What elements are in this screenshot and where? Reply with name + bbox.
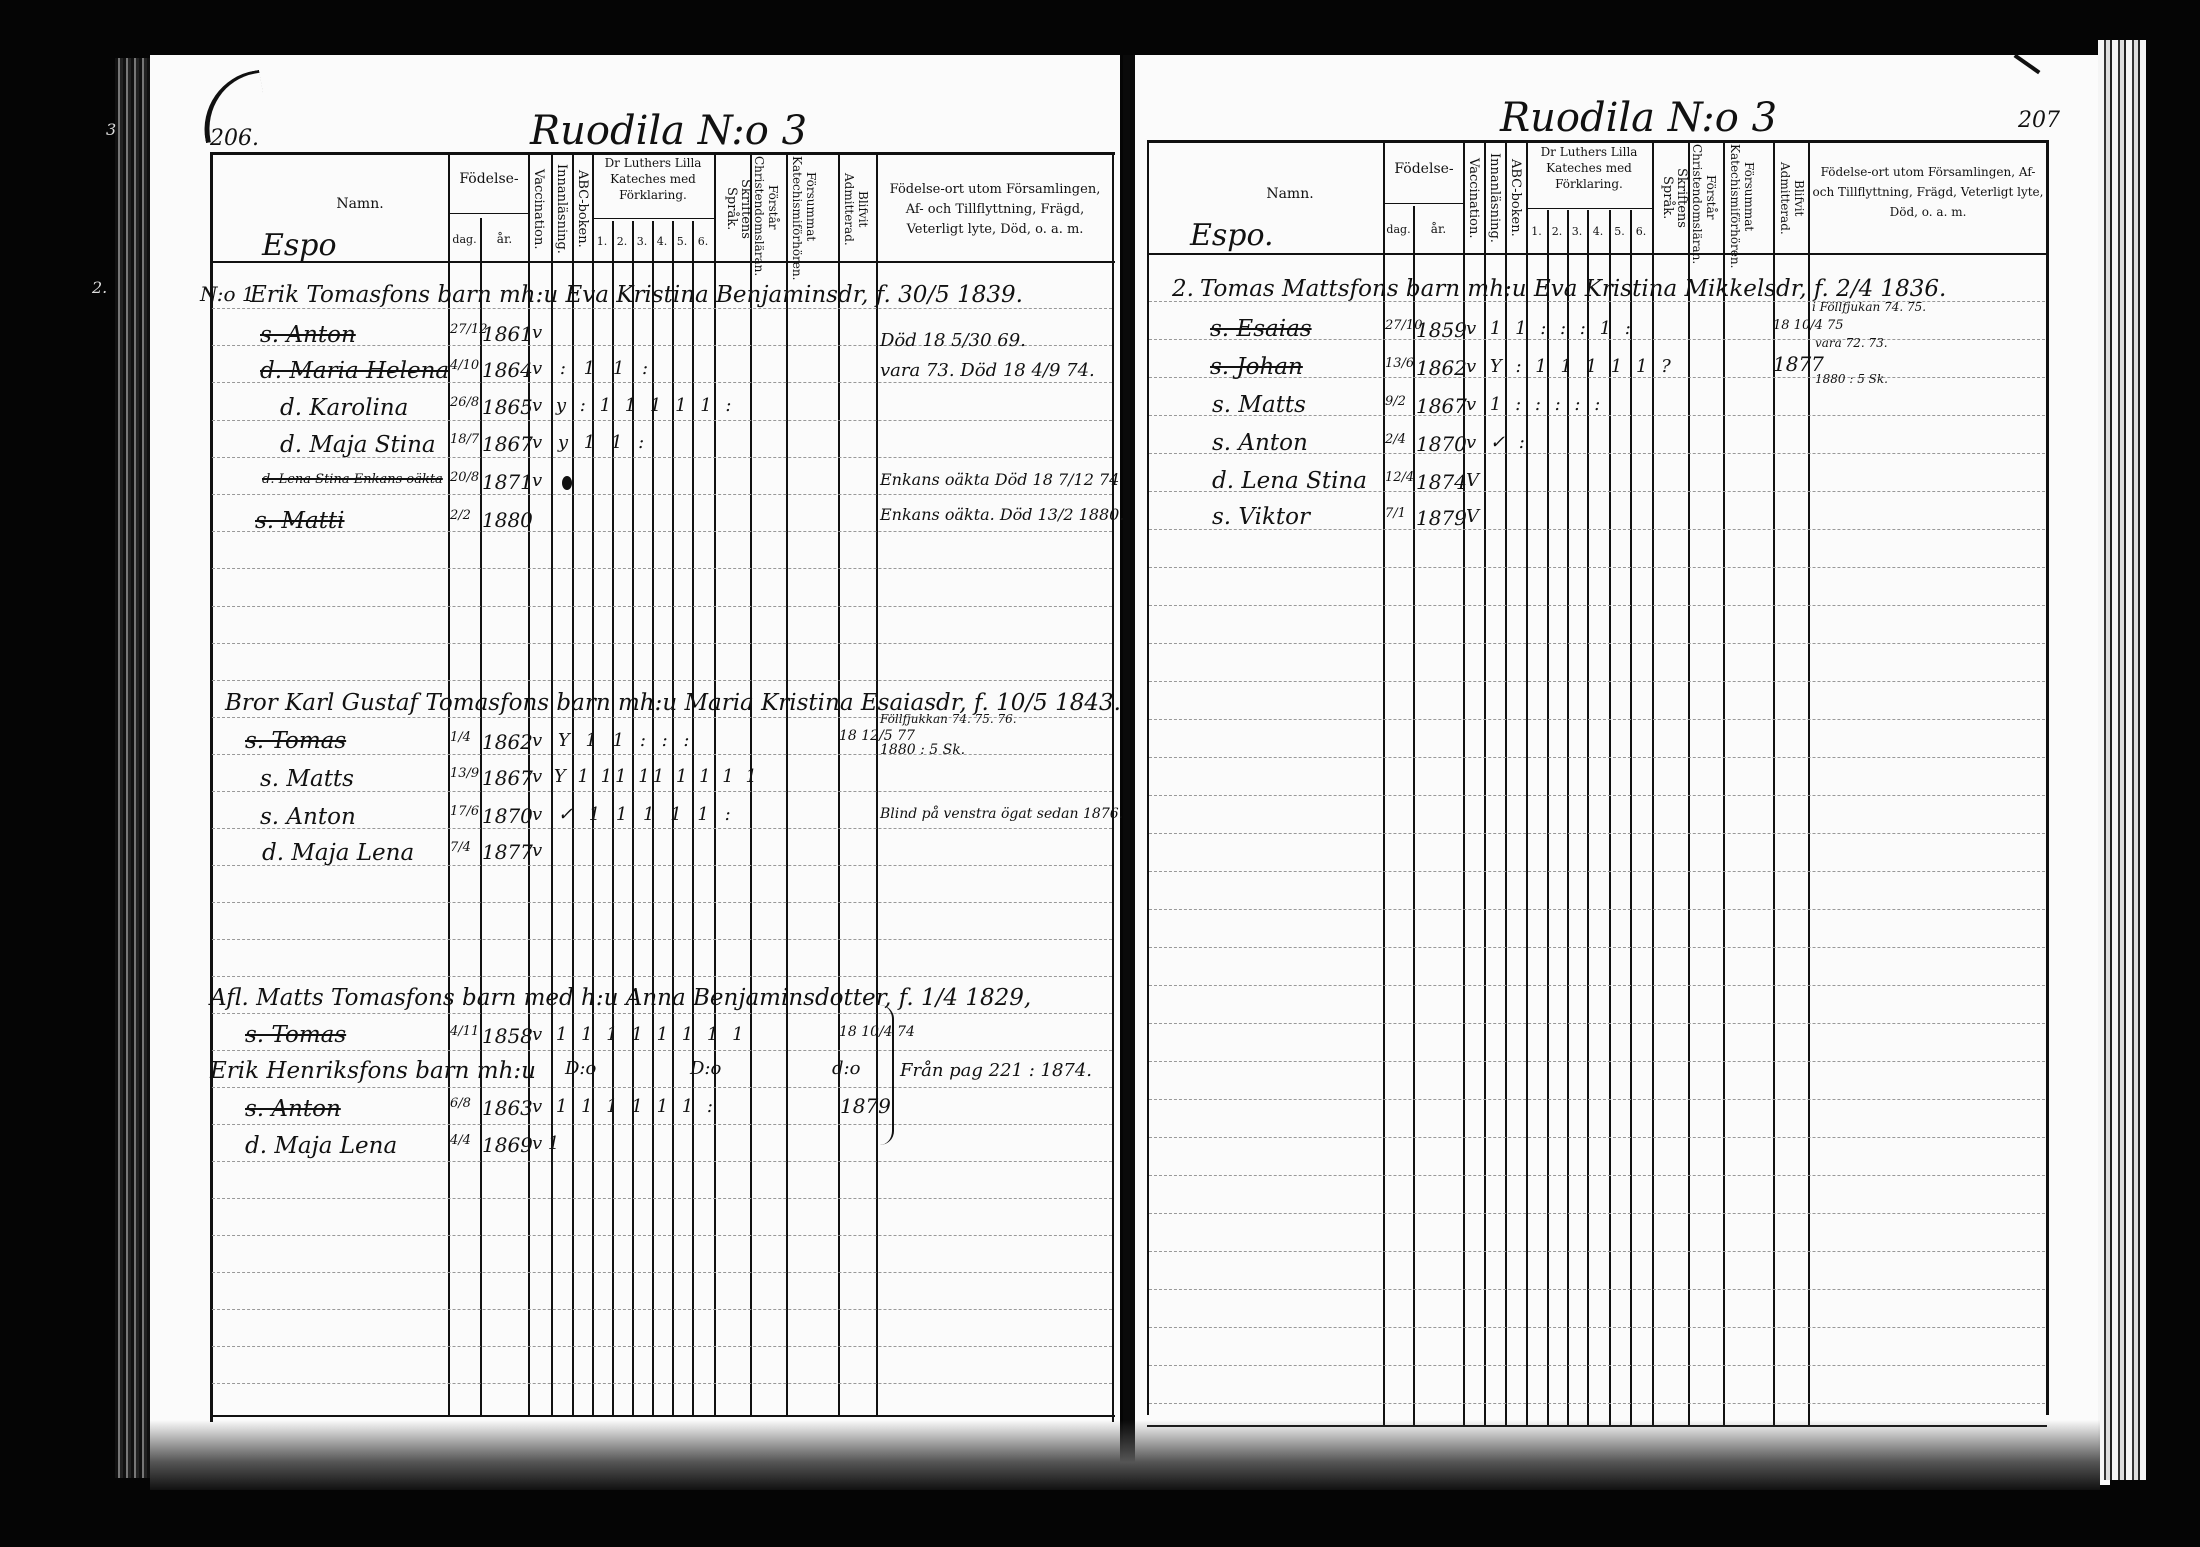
ruled-line: [212, 1346, 1112, 1347]
member-note: vara 72. 73.: [1815, 336, 1888, 350]
member-ar: 1862: [482, 730, 533, 754]
katekes-columns: 1. 2. 3. 4. 5. 6.: [1526, 222, 1652, 241]
member-dag: 13/6: [1385, 356, 1414, 371]
ruled-line: [1149, 947, 2045, 948]
member-name: s. Matts: [260, 766, 354, 792]
member-dag: 4/10: [450, 358, 479, 373]
member-marks: v 1 1 : : : 1 :: [1466, 318, 1635, 339]
page-bottom-shadow: [150, 1420, 2100, 1490]
member-ar: 1862: [1416, 356, 1467, 380]
member-ar: 1880: [482, 508, 533, 532]
header-dag: dag.: [1384, 220, 1413, 239]
family-head: Tomas Mattsfons barn mh:u Eva Kristina M…: [1200, 276, 1946, 302]
header-bottom-rule: [210, 261, 1115, 263]
member-note: vara 73. Död 18 4/9 74.: [880, 360, 1095, 381]
ruled-line: [212, 680, 1112, 681]
member-note: Död 18 5/30 69.: [880, 330, 1026, 351]
katekes-col-2: 2.: [1547, 222, 1567, 241]
ruled-line: [212, 1013, 1112, 1014]
member-name: s. Viktor: [1212, 504, 1310, 530]
member-marks: v 1: [532, 1133, 559, 1154]
ruled-line: [212, 1198, 1112, 1199]
header-namn: Namn.: [1230, 185, 1350, 204]
member-marks: v: [532, 840, 542, 861]
col-divider: [786, 152, 788, 1417]
left-border: [1147, 140, 1149, 1415]
header-namn: Namn.: [300, 195, 420, 214]
member-name: d. Maja Lena: [245, 1133, 397, 1159]
ruled-line: [1149, 795, 2045, 796]
member-name: d. Maja Stina: [280, 432, 436, 458]
member-dag: 7/1: [1385, 506, 1406, 521]
member-admitted: 18 10/4 75: [1773, 318, 1844, 333]
katekes-col-4: 4.: [1587, 222, 1609, 241]
member-ar: 1870: [1416, 432, 1467, 456]
member-ar: 1861: [482, 322, 533, 346]
header-blifvit: Blifvit Admitterad.: [842, 160, 870, 258]
header-innanlasning: Innanläsning.: [554, 160, 568, 258]
col-divider: [1688, 140, 1690, 1425]
ruled-line: [1149, 1213, 2045, 1214]
ruled-line: [1149, 1365, 2045, 1366]
header-ar: år.: [481, 230, 528, 249]
member-dag: 18/7: [450, 432, 479, 447]
header-katekes: Dr Luthers Lilla Kateches med Förklaring…: [1528, 144, 1650, 192]
member-ar: 1869: [482, 1133, 533, 1157]
member-ar: 1859: [1416, 318, 1467, 342]
family-marker: N:o 1: [200, 282, 255, 306]
member-dag: 4/11: [450, 1024, 479, 1039]
header-katekes: Dr Luthers Lilla Kateches med Förklaring…: [594, 155, 712, 203]
member-marks: v: [532, 470, 542, 491]
header-forsummat: Försummat Katechismiförhören.: [790, 156, 818, 258]
margin-mark-side: 2.: [92, 278, 107, 297]
member-note: Blind på venstra ögat sedan 1876.: [880, 806, 1123, 822]
ruled-line: [212, 1050, 1112, 1051]
member-marks: v : 1 1 :: [532, 358, 654, 379]
member-note: Enkans oäkta. Död 13/2 1880.: [880, 505, 1124, 524]
member-name: d. Maja Lena: [262, 840, 414, 866]
member-marks: v 1 1 1 1 1 1 1 1: [532, 1024, 748, 1045]
member-dag: 13/9: [450, 766, 479, 781]
member-ar: 1858: [482, 1024, 533, 1048]
ruled-line: [212, 1309, 1112, 1310]
member-note: Enkans oäkta Död 18 7/12 74: [880, 470, 1119, 489]
katekes-subrule: [592, 218, 714, 219]
ruled-line: [1149, 567, 2045, 568]
member-dag: 26/8: [450, 395, 479, 410]
header-skriftens-sprak: Skriftens Språk.: [724, 160, 752, 258]
book-spine: [1123, 55, 1135, 1485]
header-fodelse: Födelse-: [1385, 160, 1463, 179]
member-dag: 7/4: [450, 840, 471, 855]
katekes-col-5: 5.: [1609, 222, 1630, 241]
ruled-line: [212, 1087, 1112, 1088]
ruled-line: [1149, 1061, 2045, 1062]
ruled-line: [1149, 985, 2045, 986]
ruled-line: [1149, 833, 2045, 834]
member-marks: v Y 1 1 : : :: [532, 730, 694, 751]
left-border: [210, 152, 213, 1422]
ruled-line: [1149, 1175, 2045, 1176]
member-marks: v y : 1 1 1 1 1 :: [532, 395, 736, 416]
header-fodelse: Födelse-: [450, 170, 528, 189]
ditto-mark: D:o: [565, 1058, 596, 1079]
katekes-columns: 1. 2. 3. 4. 5. 6.: [592, 232, 714, 251]
col-divider: [1547, 210, 1549, 1425]
member-dag: 20/8: [450, 470, 479, 485]
ruled-line: [1149, 605, 2045, 606]
village-label: Espo: [262, 228, 337, 263]
ruled-line: [212, 902, 1112, 903]
katekes-col-1: 1.: [1526, 222, 1547, 241]
member-ar: 1867: [1416, 394, 1467, 418]
member-admitted: 1879: [840, 1094, 891, 1118]
ruled-line: [1149, 1251, 2045, 1252]
ruled-line: [1149, 643, 2045, 644]
farm-title: Ruodila N:o 3: [530, 108, 807, 154]
col-divider: [1413, 206, 1415, 1425]
ruled-line: [212, 939, 1112, 940]
header-forsummat: Försummat Katechismiförhören.: [1728, 144, 1756, 250]
ruled-line: [212, 494, 1112, 495]
header-bottom-rule: [1147, 253, 2047, 255]
book-edge-right: [2098, 40, 2146, 1480]
margin-mark-top: 3: [106, 120, 116, 139]
ruled-line: [1149, 1403, 2045, 1404]
header-fodelseort: Födelse-ort utom Församlingen, Af- och T…: [1812, 162, 2044, 222]
member-marks: v Y 1 11 11 1 1 1 1: [532, 766, 760, 787]
brace: [878, 1005, 894, 1145]
right-border: [2046, 140, 2049, 1415]
page-number: 206.: [210, 126, 259, 151]
header-abc-boken: ABC-boken.: [1508, 148, 1522, 248]
member-ar: 1870: [482, 804, 533, 828]
fodelse-subrule: [1383, 203, 1463, 204]
ruled-line: [1149, 871, 2045, 872]
katekes-col-3: 3.: [1567, 222, 1587, 241]
ruled-line: [212, 976, 1112, 977]
member-ar: 1871: [482, 470, 533, 494]
col-divider: [1723, 140, 1725, 1425]
member-marks: v ✓ :: [1466, 432, 1529, 453]
member-dag: 2/4: [1385, 432, 1406, 447]
member-note: 1880 : 5 Sk.: [1815, 372, 1888, 386]
member-admitted: 18 10/4 74: [839, 1024, 915, 1040]
header-vaccination: Vaccination.: [531, 160, 545, 258]
family-marker: 2.: [1172, 276, 1194, 302]
header-fodelseort: Födelse-ort utom Församlingen, Af- och T…: [880, 180, 1110, 240]
ruled-line: [1149, 1327, 2045, 1328]
family-head: Afl. Matts Tomasfons barn med h:u Anna B…: [210, 985, 1031, 1011]
ruled-line: [1149, 909, 2045, 910]
member-dag: 4/4: [450, 1133, 471, 1148]
farm-title: Ruodila N:o 3: [1500, 95, 1777, 141]
member-ar: 1865: [482, 395, 533, 419]
member-name: d. Maria Helena: [260, 358, 449, 384]
ruled-line: [212, 308, 1112, 309]
member-dag: 6/8: [450, 1096, 471, 1111]
member-name: s. Matts: [1212, 392, 1306, 418]
header-ar: år.: [1414, 220, 1463, 239]
member-ar: 1864: [482, 358, 533, 382]
member-marks: v 1 : : : : :: [1466, 394, 1604, 415]
family-head-note: i Föllfjukan 74. 75.: [1812, 300, 1926, 314]
katekes-col-3: 3.: [632, 232, 652, 251]
header-skriftens-sprak: Skriftens Språk.: [1660, 148, 1688, 248]
member-dag: 2/2: [450, 508, 471, 523]
member-name: d. Lena Stina: [1212, 468, 1367, 494]
ink-blot: [562, 476, 572, 490]
ruled-line: [212, 1124, 1112, 1125]
bottom-rule: [210, 1415, 1115, 1417]
book-edge-left: [115, 58, 153, 1478]
header-vaccination: Vaccination.: [1466, 148, 1480, 248]
ruled-line: [212, 1272, 1112, 1273]
col-divider: [876, 152, 878, 1417]
page-number: 207: [2018, 108, 2060, 133]
member-dag: 9/2: [1385, 394, 1406, 409]
ruled-line: [212, 531, 1112, 532]
header-innanlasning: Innanläsning.: [1487, 148, 1501, 248]
ruled-line: [1149, 681, 2045, 682]
member-name: s. Esaias: [1210, 316, 1312, 342]
member-marks: V: [1466, 506, 1479, 527]
ruled-line: [212, 1383, 1112, 1384]
ruled-line: [1149, 719, 2045, 720]
katekes-subrule: [1526, 208, 1652, 209]
member-name: s. Tomas: [245, 728, 346, 754]
katekes-col-2: 2.: [612, 232, 632, 251]
ruled-line: [212, 1235, 1112, 1236]
right-page: [1135, 55, 2110, 1485]
member-name: d. Lena Stina Enkans oäkta: [262, 472, 443, 487]
member-marks: V: [1466, 470, 1479, 491]
member-ar: 1863: [482, 1096, 533, 1120]
ruled-line: [1149, 1099, 2045, 1100]
member-name: s. Anton: [260, 322, 356, 348]
header-blifvit: Blifvit Admitterad.: [1778, 148, 1806, 248]
member-dag: 12/4: [1385, 470, 1414, 485]
header-forstar: Förstår Christendomsläran.: [752, 156, 780, 258]
bracket-note: Från pag 221 : 1874.: [900, 1060, 1092, 1081]
col-divider: [838, 152, 840, 1417]
col-divider: [1587, 210, 1589, 1425]
katekes-col-6: 6.: [692, 232, 714, 251]
member-marks: v Y : 1 1 1 1 1 ?: [1466, 356, 1675, 377]
fodelse-subrule: [448, 213, 528, 214]
col-divider: [448, 152, 450, 1417]
ditto-mark: D:o: [690, 1058, 721, 1079]
family-head: Erik Tomasfons barn mh:u Eva Kristina Be…: [250, 282, 1023, 308]
member-note: 1880 : 5 Sk.: [880, 742, 965, 758]
ruled-line: [1149, 757, 2045, 758]
member-name: s. Johan: [1210, 354, 1303, 380]
member-ar: 1877: [482, 840, 533, 864]
header-dag: dag.: [449, 230, 480, 249]
ditto-mark: d:o: [832, 1058, 860, 1079]
katekes-col-5: 5.: [672, 232, 692, 251]
katekes-col-6: 6.: [1630, 222, 1652, 241]
member-name: d. Karolina: [280, 395, 408, 421]
member-name: s. Anton: [245, 1096, 341, 1122]
ruled-line: [212, 606, 1112, 607]
member-marks: v ✓ 1 1 1 1 1 :: [532, 804, 736, 825]
katekes-col-1: 1.: [592, 232, 612, 251]
member-dag: 17/6: [450, 804, 479, 819]
ruled-line: [212, 568, 1112, 569]
member-name: s. Anton: [1212, 430, 1308, 456]
ruled-line: [212, 1161, 1112, 1162]
header-forstar: Förstår Christendomsläran.: [1690, 144, 1718, 250]
member-name: s. Matti: [255, 508, 345, 534]
header-abc-boken: ABC-boken.: [575, 160, 589, 258]
col-divider: [1630, 210, 1632, 1425]
member-ar: 1879: [1416, 506, 1467, 530]
ruled-line: [1149, 1137, 2045, 1138]
member-name: s. Anton: [260, 804, 356, 830]
col-divider: [1609, 210, 1611, 1425]
katekes-col-4: 4.: [652, 232, 672, 251]
member-ar: 1874: [1416, 470, 1467, 494]
member-name: s. Tomas: [245, 1022, 346, 1048]
member-marks: v 1 1 1 1 1 1 :: [532, 1096, 717, 1117]
member-marks: v: [532, 322, 542, 343]
ruled-line: [1149, 1289, 2045, 1290]
header-top-rule: [1147, 140, 2047, 143]
family-head-note: Föllfjukkan 74. 75. 76.: [880, 712, 1017, 726]
col-divider: [1652, 140, 1654, 1425]
member-dag: 1/4: [450, 730, 471, 745]
ruled-line: [212, 754, 1112, 755]
member-marks: v y 1 1 :: [532, 432, 649, 453]
col-divider: [1567, 210, 1569, 1425]
member-ar: 1867: [482, 432, 533, 456]
ruled-line: [1149, 1023, 2045, 1024]
family-head: Erik Henriksfons barn mh:u: [210, 1058, 536, 1084]
member-ar: 1867: [482, 766, 533, 790]
village-label: Espo.: [1190, 218, 1274, 253]
right-border: [1112, 152, 1114, 1422]
ruled-line: [212, 643, 1112, 644]
